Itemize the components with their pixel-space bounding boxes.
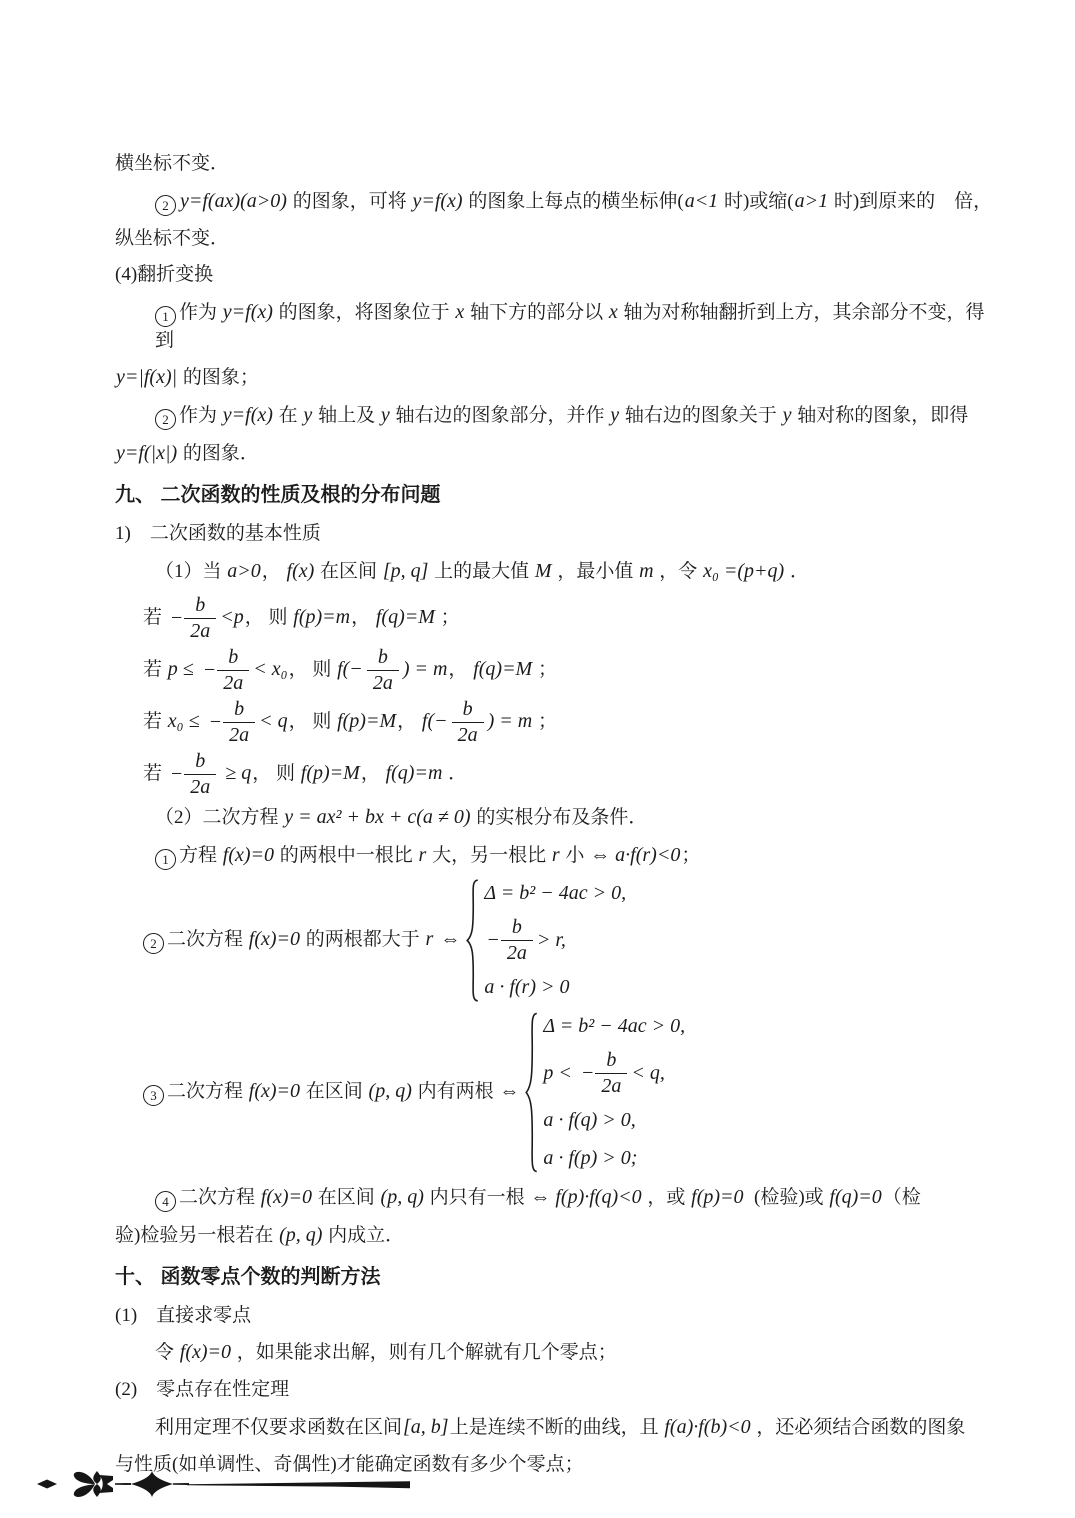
text-run: 内有两根 [413,1081,499,1102]
text-run: 的图象，可将 [288,191,412,212]
fraction: −b2a [170,751,217,798]
text-run: 轴右边的图象部分，并作 [391,405,610,426]
text-run: 令 [155,1342,179,1363]
math-run: a · f(q) > 0, [542,1106,636,1135]
left-brace-icon [465,879,480,1002]
fraction: b2a [367,647,399,694]
cases-row: Δ = b² − 4ac > 0, [483,879,627,908]
text-run: ， 则 [289,659,337,680]
text-run: ， [397,711,421,732]
fraction-numerator: b [372,647,394,670]
text-run: 作为 [179,302,222,323]
math-run: Δ = b² − 4ac > 0, [542,1012,686,1041]
cases-row: p < −b2a< q, [542,1050,686,1097]
text-run: 利用定理不仅要求函数在区间 [155,1417,402,1438]
text-run: ， 则 [252,763,300,784]
math-run: f(a)·f(b)<0 [663,1416,751,1438]
math-run: ) = m [402,658,449,680]
text-run: (1) 直接求零点 [115,1305,251,1326]
text-run: ，或 [643,1187,691,1208]
fraction-numerator: b [189,751,211,774]
fraction-numerator: b [228,699,250,722]
math-run: f(− [336,658,364,680]
math-run: a · f(r) > 0 [483,973,570,1002]
minus-sign: − [209,708,223,737]
fraction-numerator: b [222,647,244,670]
text-run: 二次方程 [167,929,248,950]
text-run: 时)或缩( [719,191,793,212]
text-run: ， [262,561,286,582]
math-run: ⇔ [434,928,461,950]
text-run: 若 [143,711,167,732]
text-run: ，令 [655,561,703,582]
line-prop-2: （2）二次方程 y = ax² + bx + c(a ≠ 0) 的实根分布及条件… [115,803,993,832]
text-run: （1）当 [155,561,226,582]
math-run: y [302,404,313,426]
text-run: (4)翻折变换 [115,264,213,285]
math-run: y=|f(x)| [115,366,178,388]
math-run: ) = m [487,710,534,732]
text-run: 在区间 [315,561,382,582]
fraction-numerator: b [457,699,479,722]
math-run: y=f(x) [222,404,274,426]
math-run: < q, [630,1059,666,1088]
math-run: f(x)=0 [248,1080,301,1102]
math-run: x₀ =(p+q) [702,560,785,582]
text-run: 的图象上每点的横坐标伸( [464,191,684,212]
math-run: y=f(|x|) [115,442,178,464]
line-fold-1-result: y=|f(x)| 的图象； [115,363,993,392]
math-run: y [380,404,391,426]
math-run: f(− [421,710,449,732]
fraction-denominator: 2a [223,722,255,746]
text-run: 的实根分布及条件． [472,807,648,828]
math-run: (p, q) [380,1186,425,1208]
math-run: y = ax² + bx + c(a ≠ 0) [283,806,471,828]
line-root-3: 3二次方程 f(x)=0 在区间 (p, q) 内有两根 ⇔Δ = b² − 4… [115,1012,993,1173]
text-run: 若 [143,659,167,680]
cases-row: a · f(q) > 0, [542,1106,686,1135]
minus-sign: − [170,604,184,633]
math-run: ⇔ [498,1080,520,1102]
text-run: 的两根都大于 [301,929,425,950]
text-run: ． [443,763,467,784]
text-run: ． [785,561,809,582]
text-run: （检 [883,1187,921,1208]
line-case-b: 若 p ≤ −b2a< x₀， 则 f(−b2a) = m， f(q)=M ； [115,647,993,694]
math-run: x [608,301,619,323]
line-fold-1: 1作为 y=f(x) 的图象，将图象位于 x 轴下方的部分以 x 轴为对称轴翻折… [115,298,993,355]
text-run: ， [448,659,472,680]
math-run: x₀ ≤ [167,710,206,732]
text-run: ， 则 [289,711,337,732]
text-run: 的两根中一根比 [275,845,418,866]
math-run: f(x) [286,560,316,582]
fraction: −b2a [170,595,217,642]
fraction-stack: b2a [184,595,216,642]
fraction-denominator: 2a [184,774,216,798]
math-run: y=f(x) [411,190,463,212]
text-run: 作为 [179,405,222,426]
text-run: 二次方程 [179,1187,260,1208]
fraction: −b2a [486,917,533,964]
math-run: f(p)=0 [690,1186,744,1208]
line-case-c: 若 x₀ ≤ −b2a< q， 则 f(p)=M， f(−b2a) = m ； [115,699,993,746]
line-fold-2: 2作为 y=f(x) 在 y 轴上及 y 轴右边的图象部分，并作 y 轴右边的图… [115,401,993,430]
text-run: 轴上及 [313,405,380,426]
line-y-axis-unchanged: 纵坐标不变． [115,225,993,253]
math-run: r [425,928,435,950]
circled-number: 4 [155,1191,176,1212]
fraction-numerator: b [506,917,528,940]
line-zero-1-detail: 令 f(x)=0 ，如果能求出解，则有几个解就有几个零点； [115,1338,993,1367]
text-run: 纵坐标不变． [115,228,229,249]
math-run: f(x)=0 [179,1341,232,1363]
line-case-a: 若 −b2a<p， 则 f(p)=m， f(q)=M ； [115,595,993,642]
text-run: 在 [274,405,303,426]
text-run: 上是连续不断的曲线，且 [450,1417,664,1438]
math-run: y [782,404,793,426]
math-run: (p, q) [278,1224,323,1246]
math-run: (p, q) [368,1080,413,1102]
fraction-stack: b2a [367,647,399,694]
left-brace-icon [524,1012,539,1173]
math-run: a>1 [794,190,830,212]
heading-section-9: 九、 二次函数的性质及根的分布问题 [115,481,993,510]
text-run: 轴对称的图象，即得 [793,405,969,426]
text-run: ； [436,607,460,628]
circled-number: 1 [155,849,176,870]
text-run: （2）二次方程 [155,807,283,828]
math-run: < x₀ [252,658,288,680]
fraction-stack: b2a [595,1050,627,1097]
math-run: f(q)=M [375,606,436,628]
math-run: f(x)=0 [222,844,275,866]
line-zero-1: (1) 直接求零点 [115,1302,993,1330]
math-run: f(p)=M [300,762,361,784]
math-run: f(p)=M [336,710,397,732]
math-run: x [454,301,465,323]
circled-number: 1 [155,306,176,327]
fraction-denominator: 2a [501,940,533,964]
text-run: ，如果能求出解，则有几个解就有几个零点； [232,1342,617,1363]
math-run: f(p)=m [292,606,351,628]
fraction: b2a [452,699,484,746]
text-run: 验)检验另一根若在 [115,1225,278,1246]
text-run: 的图象． [178,443,259,464]
text-run: 内成立． [323,1225,404,1246]
line-zero-2-detail: 利用定理不仅要求函数在区间[a, b]上是连续不断的曲线，且 f(a)·f(b)… [115,1413,993,1442]
math-run: < q [258,710,289,732]
fraction: −b2a [581,1050,628,1097]
text-run: 轴右边的图象关于 [620,405,782,426]
cases-block: Δ = b² − 4ac > 0,p < −b2a< q,a · f(q) > … [524,1012,686,1173]
cases-row: −b2a> r, [483,917,627,964]
circled-number: 2 [155,195,176,216]
text-run: ； [533,659,557,680]
text-run: 1) 二次函数的基本性质 [115,523,321,544]
math-run: y=f(ax)(a>0) [179,190,288,212]
document-content: 横坐标不变．2y=f(ax)(a>0) 的图象，可将 y=f(x) 的图象上每点… [115,150,993,1487]
line-fold-transform-title: (4)翻折变换 [115,261,993,289]
math-run: a>0 [226,560,262,582]
fraction: −b2a [209,699,256,746]
math-run: m [638,560,654,582]
text-run: ， 则 [245,607,293,628]
text-run: 若 [143,607,167,628]
minus-sign: − [581,1059,595,1088]
math-run: y [609,404,620,426]
text-run: 方程 [179,845,222,866]
math-run: > r, [536,926,567,955]
math-run: f(x)=0 [248,928,301,950]
text-run: ； [681,845,700,866]
circled-number: 2 [143,933,164,954]
math-run: ⇔ a·f(r)<0 [589,844,681,866]
text-run: 二次方程 [167,1081,248,1102]
text-run: ， [351,607,375,628]
text-run: (2) 零点存在性定理 [115,1379,289,1400]
math-run: r [551,844,561,866]
fraction-denominator: 2a [184,618,216,642]
fraction: −b2a [203,647,250,694]
math-run: r [418,844,428,866]
text-run: 十、 函数零点个数的判断方法 [115,1266,381,1288]
fraction-numerator: b [189,595,211,618]
circled-number: 2 [155,409,176,430]
fraction-stack: b2a [184,751,216,798]
fraction-stack: b2a [501,917,533,964]
math-run: f(q)=0 [828,1186,882,1208]
line-root-1: 1方程 f(x)=0 的两根中一根比 r 大，另一根比 r 小 ⇔ a·f(r)… [115,841,993,870]
cases-row: a · f(r) > 0 [483,973,627,1002]
math-run: a · f(p) > 0; [542,1144,638,1173]
math-run: ≥ q [219,762,252,784]
minus-sign: − [203,656,217,685]
math-run: <p [219,606,245,628]
text-run: 的图象； [178,367,259,388]
math-run: Δ = b² − 4ac > 0, [483,879,627,908]
text-run: (检验)或 [745,1187,829,1208]
text-run: 若 [143,763,167,784]
line-x-axis-unchanged: 横坐标不变． [115,150,993,178]
text-run: 大，另一根比 [427,845,551,866]
math-run: f(x)=0 [260,1186,313,1208]
math-run: M [534,560,553,582]
fraction-denominator: 2a [452,722,484,746]
fraction-stack: b2a [223,699,255,746]
text-run: 内只有一根 [425,1187,530,1208]
text-run: ，最小值 [553,561,639,582]
line-case-d: 若 −b2a ≥ q， 则 f(p)=M， f(q)=m ． [115,751,993,798]
fraction-denominator: 2a [595,1073,627,1097]
math-run: p < [542,1059,578,1088]
text-run: ； [533,711,557,732]
line-stretch-transform: 2y=f(ax)(a>0) 的图象，可将 y=f(x) 的图象上每点的横坐标伸(… [115,187,993,216]
math-run: f(q)=m [385,762,444,784]
line-root-2: 2二次方程 f(x)=0 的两根都大于 r ⇔Δ = b² − 4ac > 0,… [115,879,993,1002]
math-run: a<1 [684,190,720,212]
page-footer [35,1462,410,1506]
fraction-stack: b2a [452,699,484,746]
fraction-denominator: 2a [367,670,399,694]
math-run: [p, q] [382,560,430,582]
math-run: p ≤ [167,658,200,680]
text-run: ，还必须结合函数的图象 [752,1417,966,1438]
text-run: 在区间 [301,1081,368,1102]
text-run: 时)到原来的 倍， [829,191,992,212]
fraction-numerator: b [600,1050,622,1073]
line-root-4: 4二次方程 f(x)=0 在区间 (p, q) 内只有一根 ⇔ f(p)·f(q… [115,1183,993,1212]
math-run: y=f(x) [222,301,274,323]
line-item-1: 1) 二次函数的基本性质 [115,520,993,548]
cases-block: Δ = b² − 4ac > 0,−b2a> r,a · f(r) > 0 [465,879,627,1002]
text-run: 的图象，将图象位于 [274,302,455,323]
circled-number: 3 [143,1085,164,1106]
line-prop-1: （1）当 a>0， f(x) 在区间 [p, q] 上的最大值 M ，最小值 m… [115,557,993,586]
cases-row: a · f(p) > 0; [542,1144,686,1173]
text-run: ， [361,763,385,784]
cases-row: Δ = b² − 4ac > 0, [542,1012,686,1041]
cases-rows: Δ = b² − 4ac > 0,p < −b2a< q,a · f(q) > … [539,1012,686,1173]
math-run: ⇔ f(p)·f(q)<0 [529,1186,642,1208]
text-run: 上的最大值 [429,561,534,582]
text-run: 轴下方的部分以 [465,302,608,323]
minus-sign: − [170,760,184,789]
text-run: 小 [561,845,590,866]
fraction-denominator: 2a [217,670,249,694]
math-run: f(q)=M [472,658,533,680]
heading-section-10: 十、 函数零点个数的判断方法 [115,1263,993,1292]
cases-rows: Δ = b² − 4ac > 0,−b2a> r,a · f(r) > 0 [480,879,627,1002]
document-page: 横坐标不变．2y=f(ax)(a>0) 的图象，可将 y=f(x) 的图象上每点… [0,0,1075,1518]
line-root-4-cont: 验)检验另一根若在 (p, q) 内成立． [115,1221,993,1250]
footer-ornament-icon [35,1462,410,1506]
math-run: [a, b] [402,1416,450,1438]
minus-sign: − [486,926,500,955]
line-zero-2: (2) 零点存在性定理 [115,1376,993,1404]
text-run: 九、 二次函数的性质及根的分布问题 [115,484,441,506]
fraction-stack: b2a [217,647,249,694]
text-run: 在区间 [313,1187,380,1208]
line-fold-2-result: y=f(|x|) 的图象． [115,439,993,468]
text-run: 横坐标不变． [115,153,229,174]
